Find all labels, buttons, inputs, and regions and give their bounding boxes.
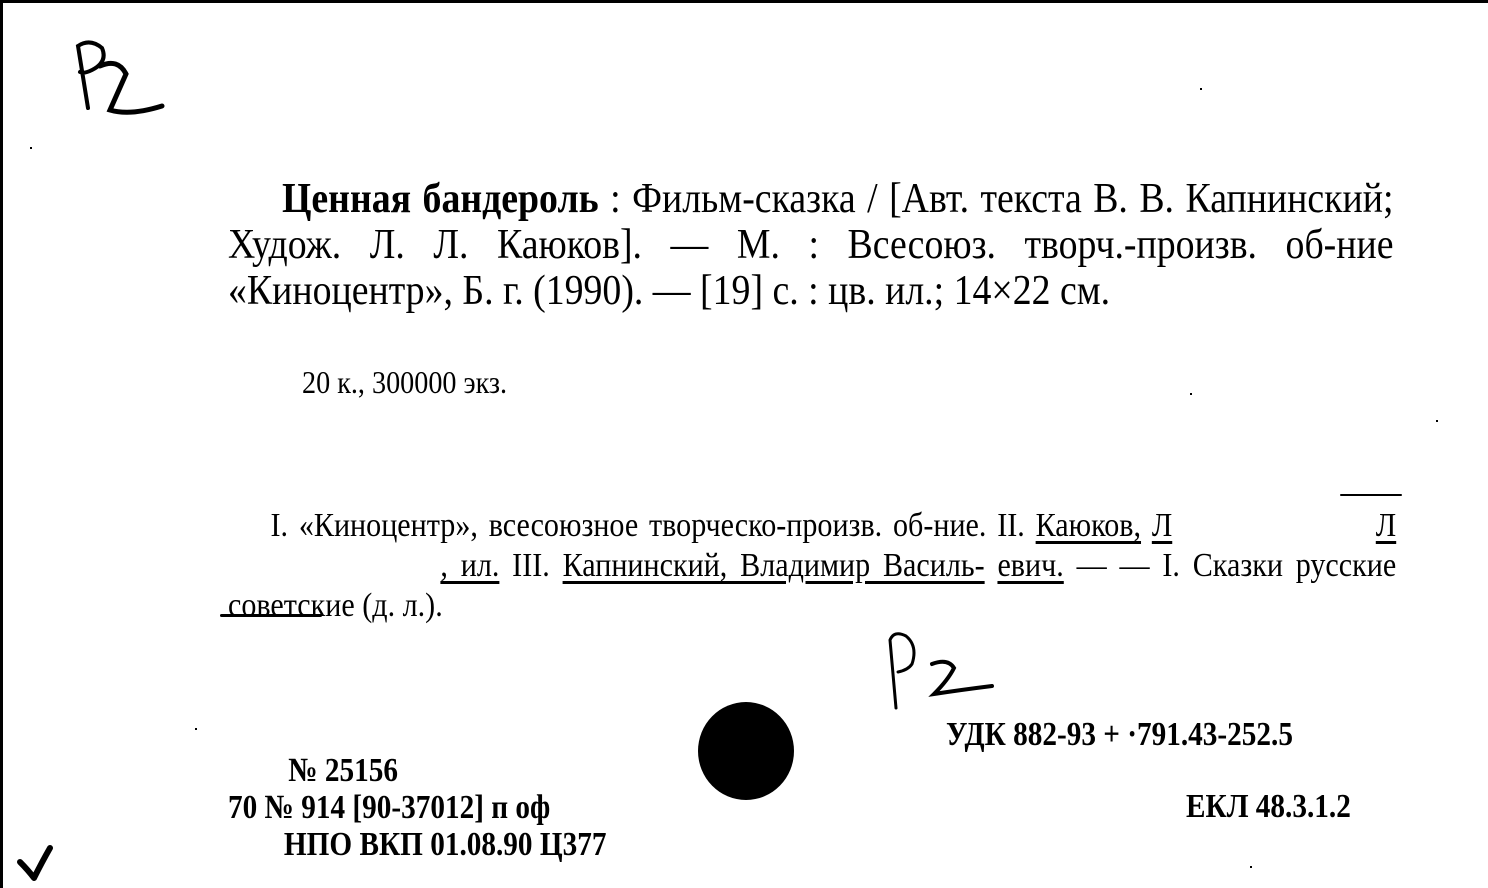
card-top-edge: [0, 0, 1488, 3]
tracings: I. «Киноцентр», всесоюзное творческо-про…: [228, 506, 1396, 626]
tracing-initial-1: Л: [1152, 507, 1172, 544]
book-title: Ценная бандероль: [282, 176, 599, 222]
card-left-edge: [0, 0, 3, 888]
ekl-classification: ЕКЛ 48.3.1.2: [1186, 788, 1351, 826]
main-entry: Ценная бандероль : Фильм-сказка / [Авт. …: [228, 176, 1394, 314]
checkmark-icon: [14, 840, 54, 884]
card-footer: № 25156 70 № 914 [90-37012] п оф НПО ВКП…: [228, 752, 606, 863]
tracing-part3-prefix: III.: [499, 547, 562, 584]
tracing-kayukov: Каюков,: [1036, 507, 1141, 544]
udk-classification: УДК 882-93 + ·791.43-252.5: [946, 716, 1293, 754]
ink-stroke: [1340, 494, 1402, 496]
handwritten-p2-top-icon: [70, 36, 180, 126]
scan-speck: [1190, 393, 1192, 395]
card-number: № 25156: [228, 752, 606, 789]
scan-speck: [1200, 88, 1202, 90]
print-order: 70 № 914 [90-37012] п оф: [228, 789, 606, 826]
tracing-initial-2: Л: [1376, 507, 1396, 544]
handwritten-p2-middle-icon: [884, 624, 1004, 714]
ink-underline-stroke: [220, 614, 322, 617]
price-and-print-run: 20 к., 300000 экз.: [302, 362, 507, 402]
printer-info: НПО ВКП 01.08.90 Ц377: [228, 826, 606, 863]
tracing-illustrator: , ил.: [440, 547, 499, 584]
punch-hole: [698, 702, 794, 800]
tracing-kapninsky: Капнинский, Владимир Василь-: [563, 547, 985, 584]
scan-speck: [30, 147, 32, 149]
tracing-part1: I. «Киноцентр», всесоюзное творческо-про…: [270, 507, 1035, 544]
scan-speck: [195, 728, 197, 730]
tracing-kapninsky-end: евич.: [997, 547, 1063, 584]
scan-speck: [1250, 866, 1252, 868]
scan-speck: [1436, 420, 1438, 422]
